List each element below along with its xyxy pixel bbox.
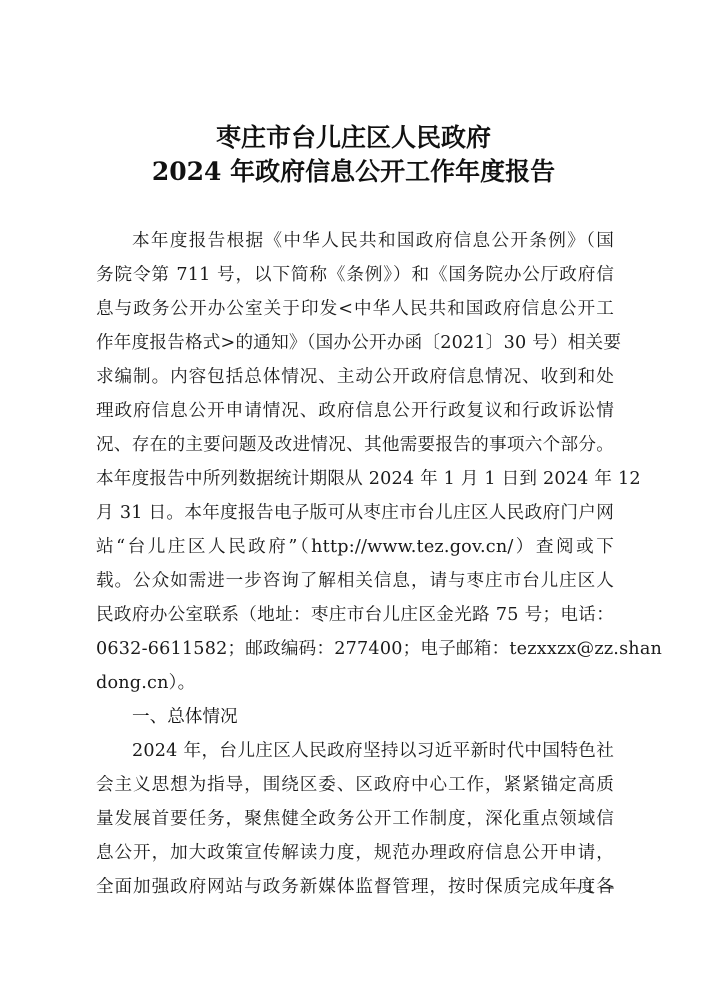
intro-paragraph-line: 理政府信息公开申请情况、政府信息公开行政复议和行政诉讼情 — [96, 394, 614, 428]
overview-paragraph-line: 量发展首要任务，聚焦健全政务公开工作制度，深化重点领域信 — [96, 802, 614, 836]
intro-paragraph-line: 站“台儿庄区人民政府”（http://www.tez.gov.cn/）查阅或下 — [96, 530, 614, 564]
intro-paragraph-line: 作年度报告格式>的通知》（国办公开办函〔2021〕30 号）相关要 — [96, 326, 614, 360]
overview-paragraph-line: 息公开，加大政策宣传解读力度，规范办理政府信息公开申请， — [96, 836, 614, 870]
intro-paragraph-line: 况、存在的主要问题及改进情况、其他需要报告的事项六个部分。 — [96, 428, 614, 462]
intro-paragraph-line: 月 31 日。本年度报告电子版可从枣庄市台儿庄区人民政府门户网 — [96, 496, 614, 530]
section-heading-overview: 一、总体情况 — [96, 700, 614, 734]
document-body: 本年度报告根据《中华人民共和国政府信息公开条例》（国 务院令第 711 号，以下… — [96, 224, 614, 904]
document-title-line1: 枣庄市台儿庄区人民政府 — [0, 118, 707, 154]
document-page: 枣庄市台儿庄区人民政府 2024 年政府信息公开工作年度报告 本年度报告根据《中… — [0, 0, 707, 999]
overview-paragraph-line: 会主义思想为指导，围绕区委、区政府中心工作，紧紧锚定高质 — [96, 768, 614, 802]
intro-paragraph-line: 民政府办公室联系（地址：枣庄市台儿庄区金光路 75 号；电话： — [96, 598, 614, 632]
overview-paragraph-line: 全面加强政府网站与政务新媒体监督管理，按时保质完成年度各 — [96, 870, 614, 904]
intro-paragraph-line: 载。公众如需进一步咨询了解相关信息，请与枣庄市台儿庄区人 — [96, 564, 614, 598]
intro-paragraph-line: 息与政务公开办公室关于印发<中华人民共和国政府信息公开工 — [96, 292, 614, 326]
intro-paragraph-line: 本年度报告中所列数据统计期限从 2024 年 1 月 1 日到 2024 年 1… — [96, 462, 614, 496]
intro-paragraph-line: 0632-6611582；邮政编码：277400；电子邮箱：tezxxzx@zz… — [96, 632, 614, 666]
page-number: — 1 — — [560, 878, 620, 896]
intro-paragraph-line: dong.cn）。 — [96, 666, 614, 700]
intro-paragraph-line: 求编制。内容包括总体情况、主动公开政府信息情况、收到和处 — [96, 360, 614, 394]
intro-paragraph-line: 务院令第 711 号，以下简称《条例》）和《国务院办公厅政府信 — [96, 258, 614, 292]
document-title-line2: 2024 年政府信息公开工作年度报告 — [0, 152, 707, 188]
overview-paragraph-line: 2024 年，台儿庄区人民政府坚持以习近平新时代中国特色社 — [96, 734, 614, 768]
intro-paragraph-line: 本年度报告根据《中华人民共和国政府信息公开条例》（国 — [96, 224, 614, 258]
